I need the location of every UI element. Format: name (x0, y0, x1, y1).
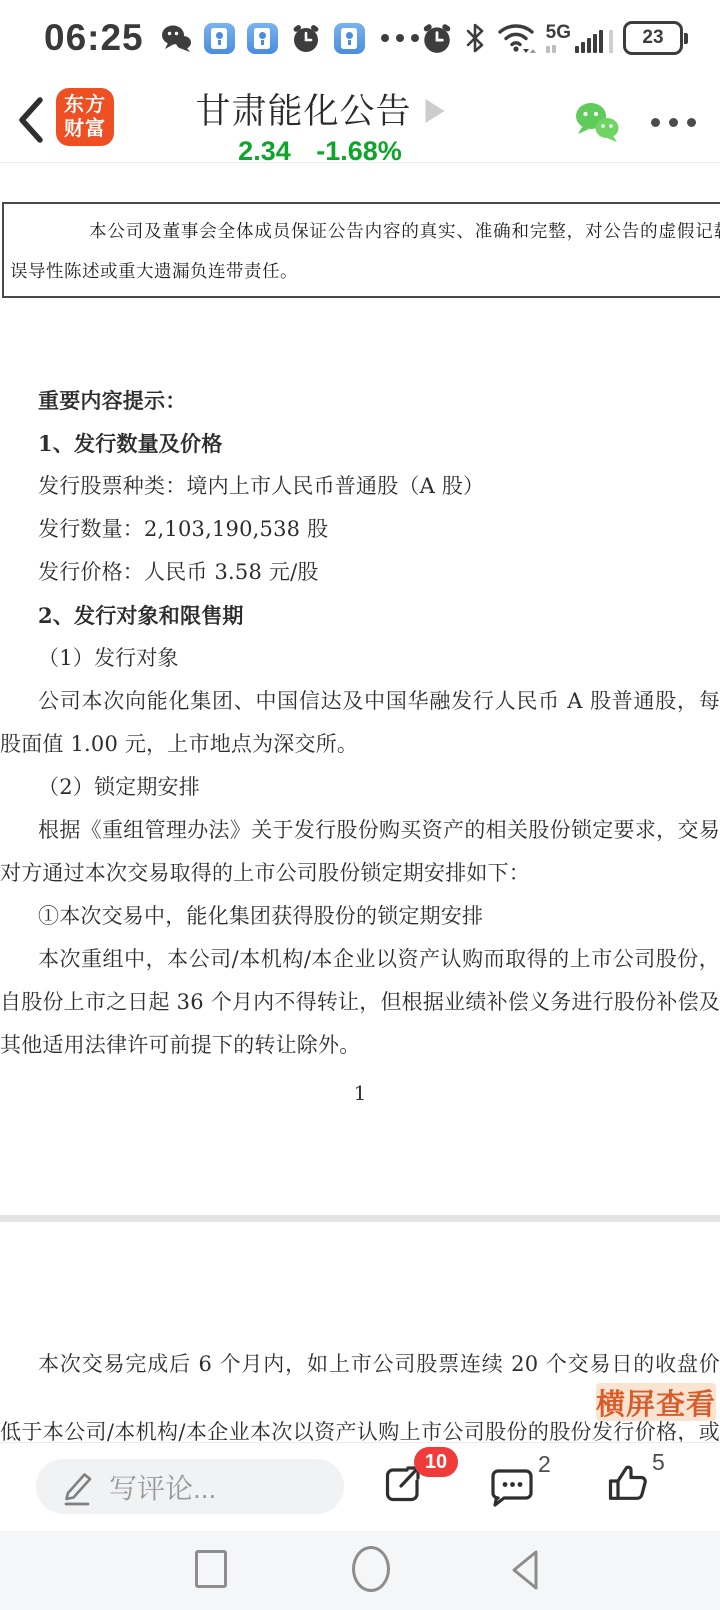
logo-text-line2: 财富 (64, 117, 106, 141)
page-title: 甘肃能化公告 (195, 84, 411, 134)
logo-text-line1: 东方 (64, 93, 106, 117)
page-separator (0, 1215, 720, 1222)
comment-input[interactable]: 写评论... (36, 1459, 344, 1514)
back-nav-button[interactable] (506, 1548, 546, 1592)
notes-app-icon (334, 23, 365, 54)
notes-app-icon (204, 23, 235, 54)
battery-level: 23 (623, 21, 683, 55)
bottom-action-bar: 写评论... 10 2 5 (0, 1442, 720, 1531)
wifi-icon (496, 22, 536, 54)
like-button[interactable] (604, 1461, 652, 1507)
doc-paragraph: 发行股票种类：境内上市人民币普通股（A 股） (0, 465, 720, 508)
alarm-notification-icon (290, 22, 322, 54)
comments-button[interactable] (488, 1465, 536, 1509)
stock-change: -1.68% (316, 136, 402, 166)
doc-paragraph: 本次重组中，本公司/本机构/本企业以资产认购而取得的上市公司股份，自股份上市之日… (0, 938, 720, 1067)
doc-paragraph: 重要内容提示： (0, 379, 720, 422)
pencil-icon (60, 1468, 94, 1506)
status-bar: 06:25 (0, 0, 720, 76)
header: 东方 财富 甘肃能化公告 2.34 -1.68% (0, 76, 720, 163)
eastmoney-logo[interactable]: 东方 财富 (56, 88, 114, 146)
stock-price: 2.34 (238, 136, 291, 166)
doc-paragraph: 2、发行对象和限售期 (0, 594, 720, 637)
landscape-view-button[interactable]: 横屏查看 (596, 1383, 716, 1421)
doc-paragraph: 发行价格：人民币 3.58 元/股 (0, 551, 720, 594)
bluetooth-icon (464, 22, 486, 54)
doc-paragraph: 公司本次向能化集团、中国信达及中国华融发行人民币 A 股普通股，每股面值 1.0… (0, 680, 720, 766)
clock-time: 06:25 (44, 17, 144, 59)
more-notifications-icon (381, 34, 419, 42)
more-options-button[interactable] (651, 100, 696, 144)
doc-paragraph: （1）发行对象 (0, 637, 720, 680)
home-button[interactable] (352, 1546, 390, 1592)
share-badge: 10 (414, 1447, 458, 1477)
network-type-label: 5G (546, 23, 571, 42)
comment-placeholder: 写评论... (109, 1467, 216, 1507)
recent-apps-button[interactable] (195, 1550, 227, 1588)
disclaimer-box: 本公司及董事会全体成员保证公告内容的真实、准确和完整，对公告的虚假记载、误导性陈… (2, 202, 720, 298)
notes-app-icon (247, 23, 278, 54)
cellular-signal-icon: 5G (546, 23, 613, 53)
doc-paragraph: 发行数量：2,103,190,538 股 (0, 508, 720, 551)
alarm-status-icon (420, 21, 454, 55)
like-count: 5 (652, 1449, 665, 1476)
wechat-share-button[interactable] (573, 101, 621, 143)
page-number: 1 (0, 1081, 720, 1105)
battery-icon: 23 (623, 21, 688, 55)
disclaimer-text: 本公司及董事会全体成员保证公告内容的真实、准确和完整，对公告的虚假记载、误导性陈… (10, 212, 720, 292)
doc-page1-body: 重要内容提示：1、发行数量及价格发行股票种类：境内上市人民币普通股（A 股）发行… (0, 379, 720, 1067)
comment-count: 2 (538, 1451, 551, 1478)
android-nav-bar (0, 1530, 720, 1610)
wechat-notification-icon (160, 24, 192, 52)
doc-paragraph: （2）锁定期安排 (0, 766, 720, 809)
doc-paragraph: 根据《重组管理办法》关于发行股份购买资产的相关股份锁定要求，交易对方通过本次交易… (0, 809, 720, 895)
back-button[interactable] (14, 94, 48, 146)
doc-paragraph: ①本次交易中，能化集团获得股份的锁定期安排 (0, 895, 720, 938)
expand-arrow-icon[interactable] (426, 99, 445, 123)
announcement-page-1: 本公司及董事会全体成员保证公告内容的真实、准确和完整，对公告的虚假记载、误导性陈… (0, 163, 720, 1215)
doc-paragraph: 1、发行数量及价格 (0, 422, 720, 465)
